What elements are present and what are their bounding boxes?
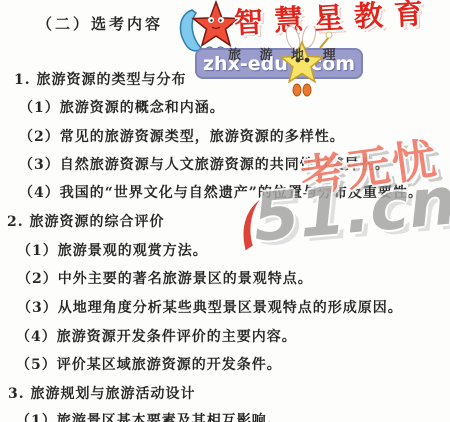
outline-item-2-3: （3）从地理角度分析某些典型景区景观特点的形成原因。 xyxy=(17,297,403,317)
watermark-site: 51.cn xyxy=(250,162,450,256)
document-page: （二）选考内容 智慧星教育 zhx-edu com 旅 游 地 理 xyxy=(0,0,450,422)
outline-item-2-2: （2）中外主要的著名旅游景区的景观特点。 xyxy=(17,268,313,288)
outline-item-1-3: （3）自然旅游资源与人文旅游资源的共同性与差异性。 xyxy=(19,154,390,174)
outline-section-3: 3. 旅游规划与旅游活动设计 xyxy=(8,383,196,403)
outline-item-2-5: （5）评价某区域旅游资源的开发条件。 xyxy=(16,354,282,374)
watermark-swoosh-icon xyxy=(238,194,266,256)
outline-item-1-2: （2）常见的旅游资源类型，旅游资源的多样性。 xyxy=(19,126,345,146)
outline-item-1-1: （1）旅游资源的概念和内涵。 xyxy=(19,97,225,117)
outline-item-2-4: （4）旅游资源开发条件评价的主要内容。 xyxy=(16,326,297,346)
outline-item-3-1: （1）旅游景区基本要素及其相互影响。 xyxy=(16,410,282,422)
subject-overlay: 旅 游 地 理 xyxy=(228,44,343,63)
outline-item-1-4: （4）我国的“世界文化与自然遗产”的位置与分布及重要性。 xyxy=(19,182,423,202)
star-mascot-yellow-icon xyxy=(270,26,334,100)
outline-section-2: 2. 旅游资源的综合评价 xyxy=(7,211,165,231)
brand-logo: 智慧星教育 zhx-edu com 旅 游 地 理 xyxy=(0,0,450,100)
outline-item-2-1: （1）旅游景观的观赏方法。 xyxy=(17,240,208,260)
